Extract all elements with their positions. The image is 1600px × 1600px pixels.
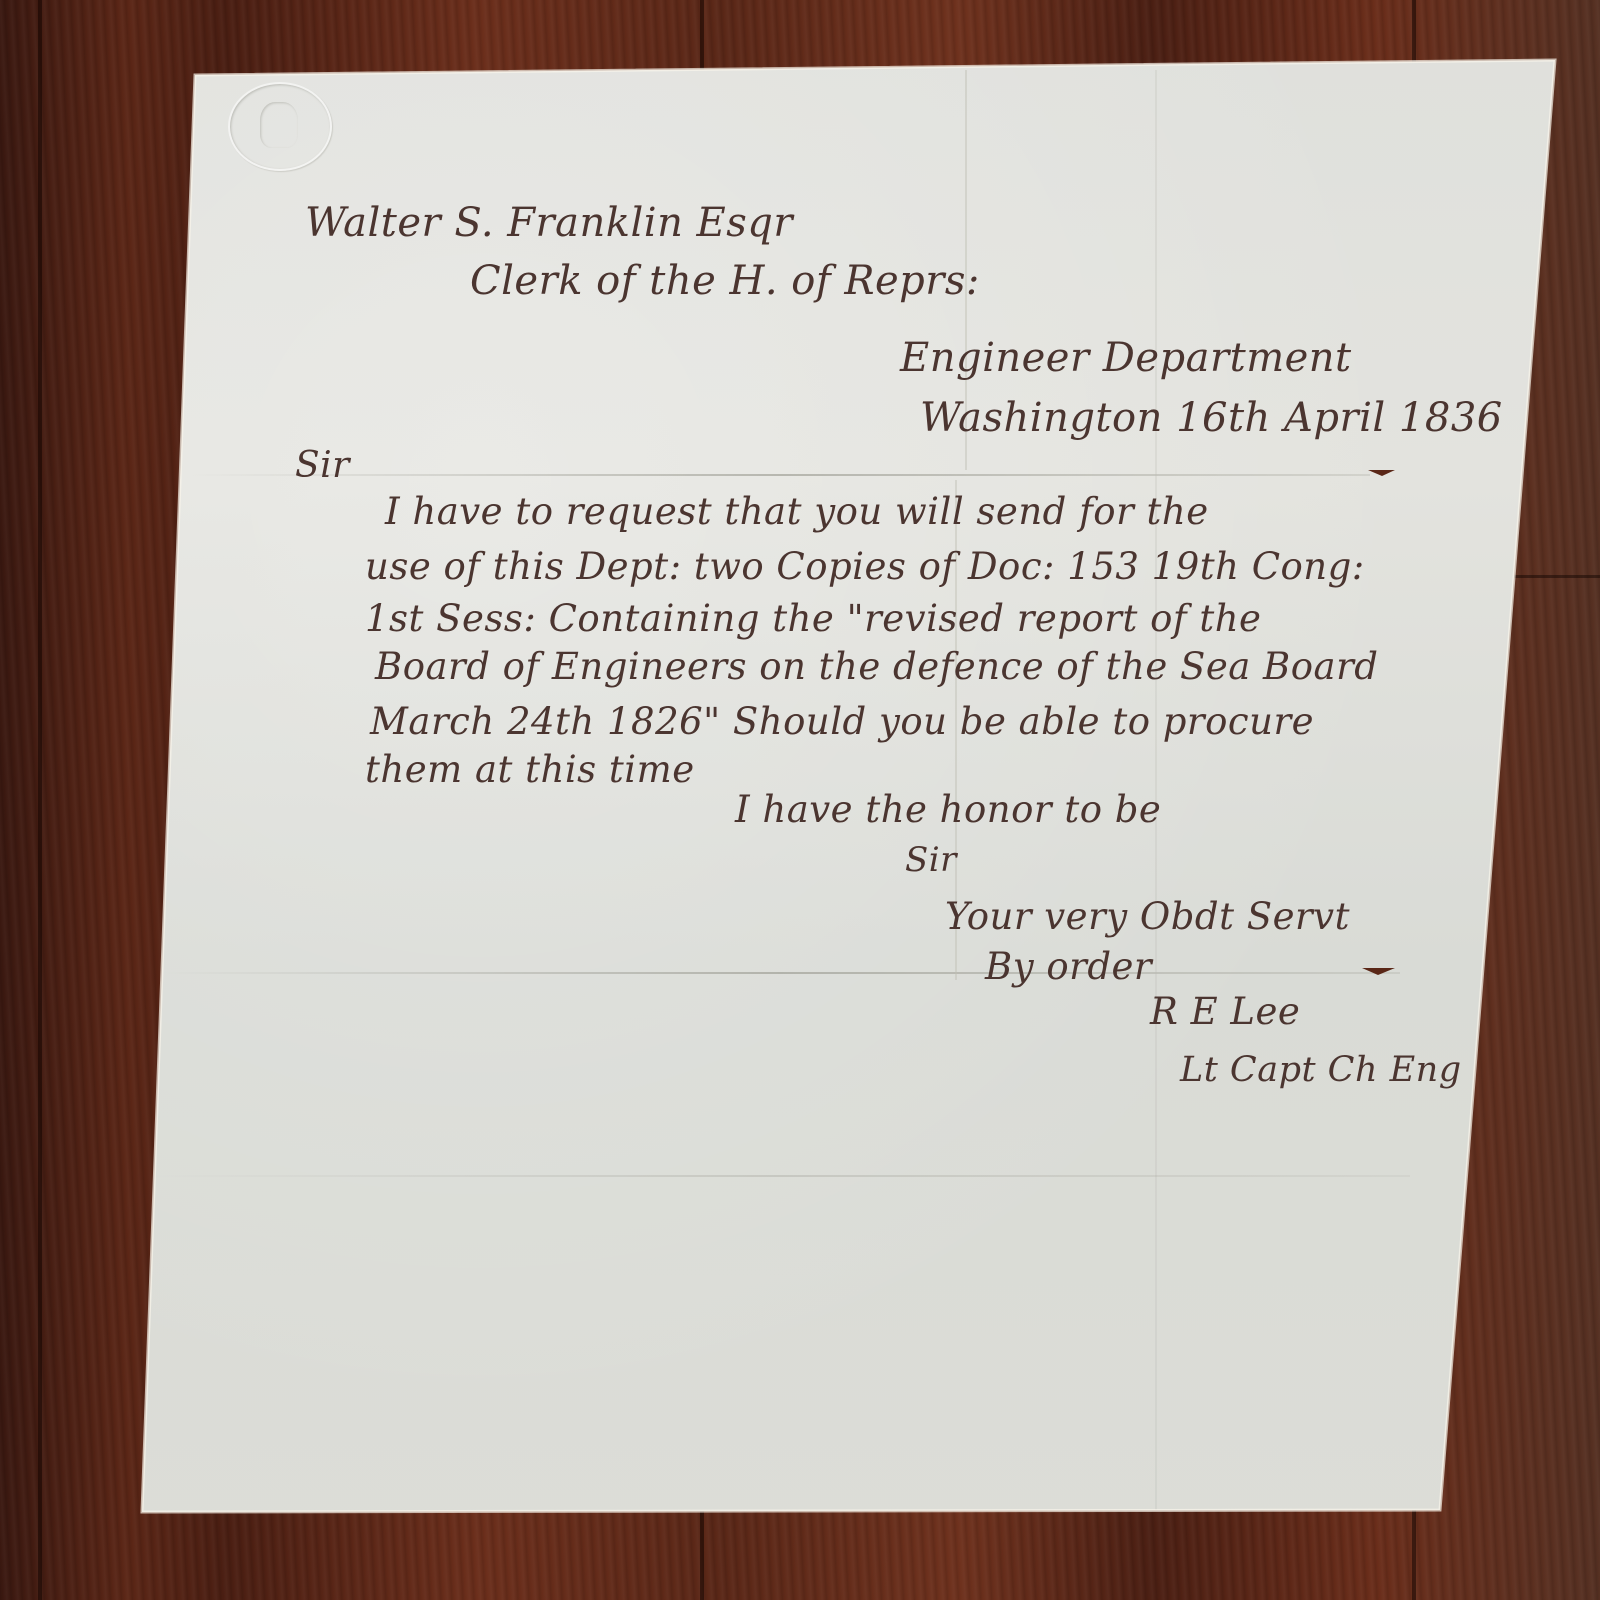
- signature-name: R E Lee: [1150, 990, 1300, 1033]
- dateline-department: Engineer Department: [900, 335, 1352, 381]
- salutation: Sir: [295, 445, 350, 486]
- closing-line: Your very Obdt Servt: [945, 895, 1350, 938]
- closing-line: I have the honor to be: [735, 788, 1161, 831]
- letter-paper: Walter S. Franklin Esqr Clerk of the H. …: [0, 0, 1600, 1600]
- seal-profile-icon: [260, 102, 298, 148]
- body-line: use of this Dept: two Copies of Doc: 153…: [365, 545, 1365, 588]
- body-line: I have to request that you will send for…: [385, 490, 1209, 533]
- fold-line: [150, 1175, 1410, 1177]
- embossed-seal-icon: [228, 82, 332, 171]
- body-line: March 24th 1826" Should you be able to p…: [370, 700, 1314, 743]
- addressee-title: Clerk of the H. of Reprs:: [470, 258, 980, 304]
- fold-line: [190, 474, 1370, 476]
- body-line: them at this time: [365, 748, 695, 791]
- wood-plank-seam: [38, 0, 42, 1600]
- closing-line: Sir: [905, 840, 957, 880]
- fold-line: [160, 972, 1400, 974]
- closing-line: By order: [985, 945, 1152, 988]
- addressee-name: Walter S. Franklin Esqr: [305, 200, 793, 246]
- body-line: Board of Engineers on the defence of the…: [375, 645, 1378, 688]
- dateline-place-date: Washington 16th April 1836: [920, 395, 1503, 441]
- body-line: 1st Sess: Containing the "revised report…: [365, 597, 1261, 640]
- signature-title: Lt Capt Ch Eng: [1180, 1050, 1462, 1090]
